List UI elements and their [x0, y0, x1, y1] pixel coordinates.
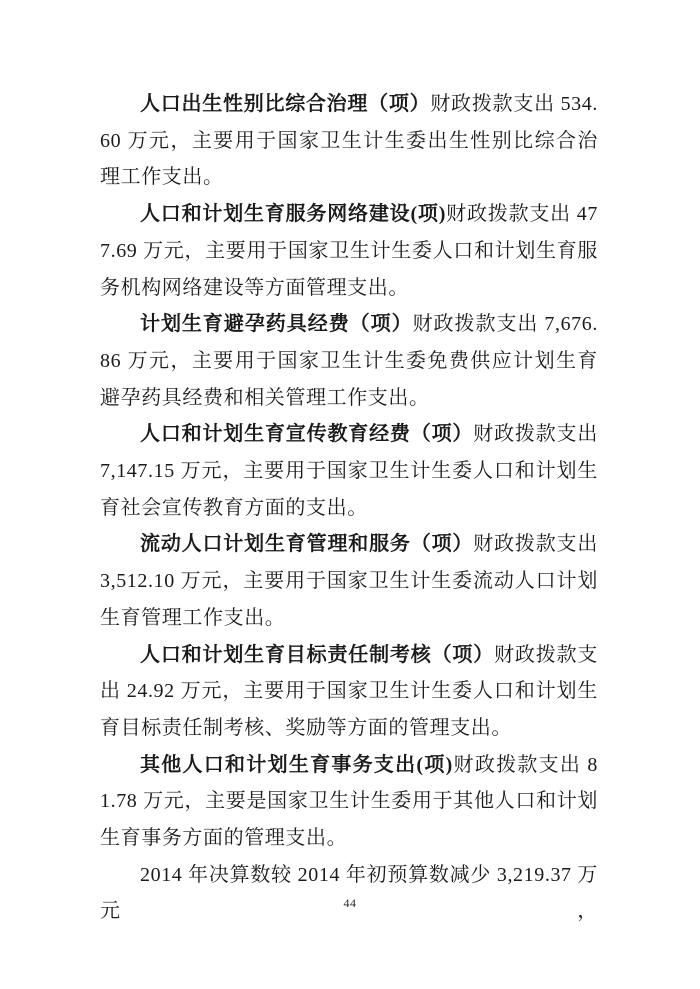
- paragraph-publicity-education: 人口和计划生育宣传教育经费（项）财政拨款支出 7,147.15 万元，主要用于国…: [100, 416, 598, 526]
- paragraph-heading: 其他人口和计划生育事务支出(项): [140, 754, 453, 776]
- paragraph-target-responsibility: 人口和计划生育目标责任制考核（项）财政拨款支出 24.92 万元，主要用于国家卫…: [100, 637, 598, 747]
- paragraph-final-accounts-comparison: 2014 年决算数较 2014 年初预算数减少 3,219.37 万元，: [100, 857, 598, 930]
- page-number: 44: [0, 896, 700, 911]
- paragraph-contraceptive-funds: 计划生育避孕药具经费（项）财政拨款支出 7,676.86 万元，主要用于国家卫生…: [100, 306, 598, 416]
- paragraph-heading: 人口和计划生育宣传教育经费（项）: [140, 423, 473, 445]
- paragraph-text: 2014 年决算数较 2014 年初预算数减少 3,219.37 万元，: [100, 864, 598, 923]
- paragraph-heading: 人口和计划生育服务网络建设(项): [140, 203, 446, 225]
- paragraph-heading: 人口出生性别比综合治理（项）: [140, 93, 430, 115]
- document-page: 人口出生性别比综合治理（项）财政拨款支出 534.60 万元，主要用于国家卫生计…: [0, 0, 700, 989]
- paragraph-heading: 计划生育避孕药具经费（项）: [140, 313, 413, 335]
- paragraph-service-network: 人口和计划生育服务网络建设(项)财政拨款支出 477.69 万元，主要用于国家卫…: [100, 196, 598, 306]
- paragraph-heading: 人口和计划生育目标责任制考核（项）: [140, 644, 494, 666]
- paragraph-migrant-population: 流动人口计划生育管理和服务（项）财政拨款支出 3,512.10 万元，主要用于国…: [100, 526, 598, 636]
- paragraph-heading: 流动人口计划生育管理和服务（项）: [140, 533, 473, 555]
- paragraph-other-affairs: 其他人口和计划生育事务支出(项)财政拨款支出 81.78 万元，主要是国家卫生计…: [100, 747, 598, 857]
- paragraph-birth-ratio-governance: 人口出生性别比综合治理（项）财政拨款支出 534.60 万元，主要用于国家卫生计…: [100, 86, 598, 196]
- page-content: 人口出生性别比综合治理（项）财政拨款支出 534.60 万元，主要用于国家卫生计…: [100, 86, 598, 930]
